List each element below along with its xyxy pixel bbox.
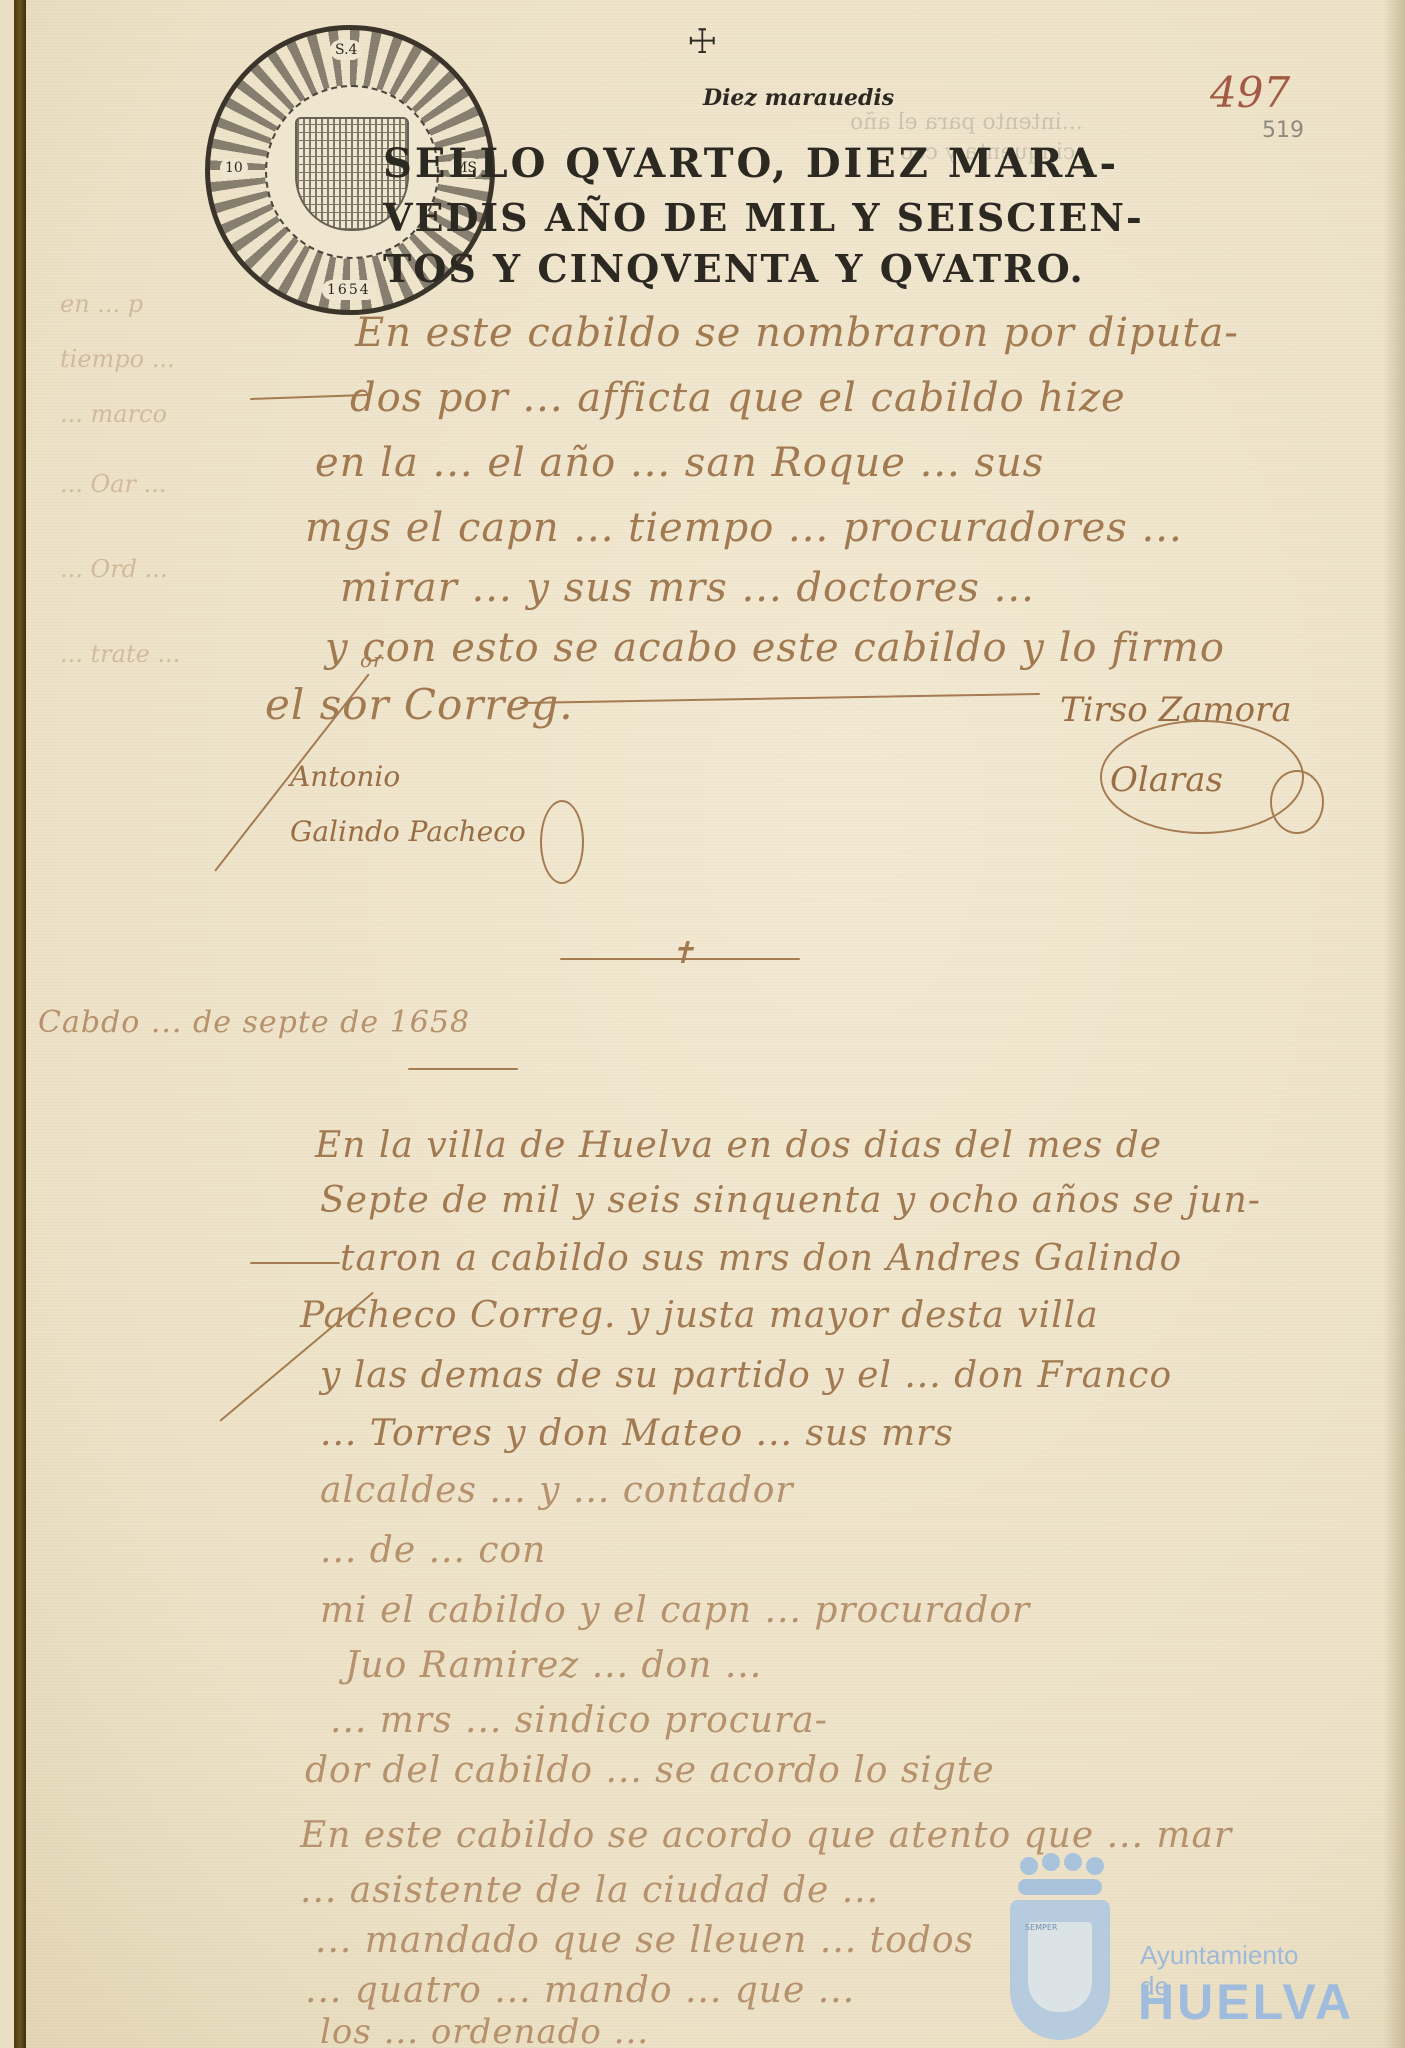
margin-note: ... Ord ... [60,555,168,583]
binding-strip [14,0,26,2048]
handwritten-line: taron a cabildo sus mrs don Andres Galin… [340,1238,1182,1279]
handwritten-line: mgs el capn ... tiempo ... procuradores … [305,505,1183,551]
margin-note: ... marco [60,400,167,428]
signature-flourish [1270,770,1324,834]
handwritten-line: ... Torres y don Mateo ... sus mrs [320,1413,954,1454]
separator-mark: ✝ [670,936,696,971]
handwritten-line: ... de ... con [320,1530,546,1571]
handwritten-line: ... mrs ... sindico procura- [330,1700,828,1741]
handwritten-line: En la villa de Huelva en dos dias del me… [315,1125,1162,1166]
handwritten-line: mi el cabildo y el capn ... procurador [320,1590,1030,1631]
handwritten-line: ... asistente de la ciudad de ... [300,1870,879,1911]
stamp-value: Diez marauedis [703,85,894,111]
margin-note: tiempo ... [60,345,175,373]
signature-flourish [540,800,584,884]
seal-left-label: 10 [220,158,248,178]
superscript-abbrev: or [360,648,384,672]
stamp-header-line: VEDIS AÑO DE MIL Y SEISCIEN- [383,195,1144,240]
handwritten-line: dor del cabildo ... se acordo lo sigte [305,1750,995,1791]
handwritten-line: ... mandado que se lleuen ... todos [315,1920,974,1961]
watermark-line-2: HUELVA [1138,1973,1354,2031]
handwritten-line: y con esto se acabo este cabildo y lo fi… [325,625,1225,671]
handwritten-line: el sor Correg. [265,680,574,729]
handwritten-line: Pacheco Correg. y justa mayor desta vill… [300,1295,1099,1336]
handwritten-line: En este cabildo se nombraron por diputa- [355,310,1239,356]
margin-note: ... Oar ... [60,470,167,498]
heading-underline [408,1068,518,1070]
bleed-through-text: ...intento para el año [850,110,1083,135]
right-page-edge [1383,0,1405,2048]
entry-heading: Cabdo ... de septe de 1658 [38,1005,470,1040]
old-folio-number: 519 [1262,118,1304,143]
handwritten-line: en la ... el año ... san Roque ... sus [315,440,1044,486]
seal-top-label: S.4 [330,40,362,60]
line-filler-stroke [250,1262,340,1264]
handwritten-line: mirar ... y sus mrs ... doctores ... [340,565,1035,611]
handwritten-line: dos por ... afficta que el cabildo hize [350,375,1126,421]
stamp-header-line: TOS Y CINQVENTA Y QVATRO. [383,246,1085,291]
cross-icon: ☩ [687,22,717,62]
handwritten-line: Septe de mil y seis sinquenta y ocho año… [320,1180,1261,1221]
line-filler-stroke [520,693,1040,704]
shield-motto: SEMPER [1025,1923,1057,1932]
handwritten-line: ... quatro ... mando ... que ... [305,1970,855,2011]
huelva-shield-icon [1010,1900,1110,2040]
signature: Galindo Pacheco [290,815,526,848]
manuscript-page: ...intento para el año cinquenta y cco S… [0,0,1405,2048]
margin-note: en ... p [60,290,143,318]
margin-note: ... trate ... [60,640,180,668]
crown-icon [1012,1853,1108,1901]
handwritten-line: y las demas de su partido y el ... don F… [320,1355,1172,1396]
folio-number: 497 [1210,68,1290,117]
handwritten-line: alcaldes ... y ... contador [320,1470,794,1511]
seal-year: 1654 [322,280,376,300]
handwritten-line: Juo Ramirez ... don ... [345,1645,762,1686]
archive-watermark: SEMPER Ayuntamiento de HUELVA [990,1845,1330,2045]
stamp-header-line: SELLO QVARTO, DIEZ MARA- [383,140,1119,187]
signature: Antonio [290,760,400,793]
page-edge [0,0,14,2048]
handwritten-line: los ... ordenado ... [320,2012,649,2048]
